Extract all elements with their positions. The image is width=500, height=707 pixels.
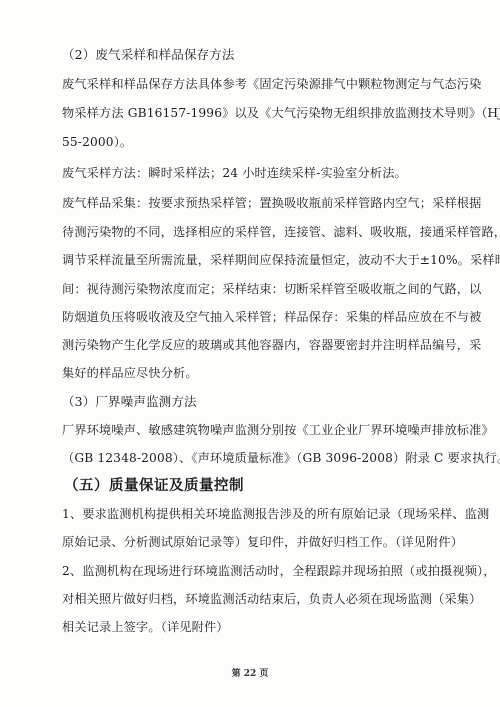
section-heading-noise: （3）厂界噪声监测方法 [62, 392, 197, 410]
paragraph-line: 间：视待测污染物浓度而定；采样结束：切断采样管至吸收瓶之间的气路，以 [62, 280, 481, 297]
paragraph-line: 原始记录、分析测试原始记录等）复印件，并做好归档工作。（详见附件） [62, 533, 463, 550]
paragraph-line: 废气采样和样品保存方法具体参考《固定污染源排气中颗粒物测定与气态污染 [62, 75, 481, 92]
paragraph-line: 相关记录上签字。（详见附件） [62, 618, 229, 635]
section-heading-quality-control: （五）质量保证及质量控制 [64, 474, 244, 495]
paragraph-line: 废气样品采集：按要求预热采样管；置换吸收瓶前采样管路内空气；采样根据 [62, 194, 481, 211]
page-number: 第 22 页 [0, 666, 500, 679]
paragraph-line: 对相关照片做好归档，环境监测活动结束后，负责人必须在现场监测（采集） [62, 590, 481, 607]
paragraph-line: 1、要求监测机构提供相关环境监测报告涉及的所有原始记录（现场采样、监测 [62, 505, 489, 522]
paragraph-line: 物采样方法 GB16157-1996》以及《大气污染物无组织排放监测技术导则》（… [62, 104, 500, 121]
paragraph-line: （GB 12348-2008）、《声环境质量标准》（GB 3096-2008）附… [62, 449, 500, 466]
paragraph-line: 废气采样方法：瞬时采样法；24 小时连续采样-实验室分析法。 [62, 164, 407, 181]
paragraph-line: 待测污染物的不同，选择相应的采样管，连接管、滤料、吸收瓶，接通采样管路， [62, 223, 500, 240]
paragraph-line: 集好的样品应尽快分析。 [62, 364, 198, 381]
paragraph-line: 防烟道负压将吸收液及空气抽入采样管；样品保存：采集的样品应放在不与被 [62, 308, 481, 325]
paragraph-line: 2、监测机构在现场进行环境监测活动时，全程跟踪并现场拍照（或拍摄视频）， [62, 562, 496, 579]
paragraph-line: 厂界环境噪声、敏感建筑物噪声监测分别按《工业企业厂界环境噪声排放标准》 [62, 421, 494, 438]
paragraph-line: 调节采样流量至所需流量，采样期间应保持流量恒定，波动不大于±10%。采样时 [62, 251, 500, 268]
paragraph-line: 55-2000）。 [62, 133, 132, 150]
paragraph-line: 测污染物产生化学反应的玻璃或其他容器内，容器要密封并注明样品编号，采 [62, 336, 481, 353]
section-heading-waste-gas: （2）废气采样和样品保存方法 [62, 45, 235, 63]
